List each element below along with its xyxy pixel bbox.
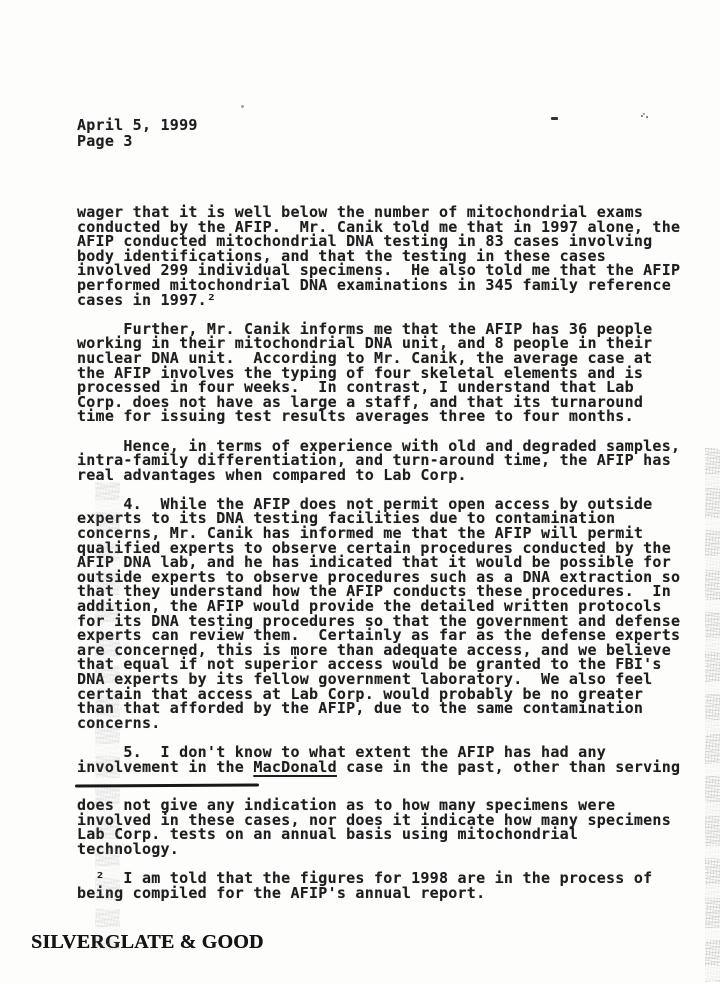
scan-speck-dots bbox=[641, 115, 643, 117]
scan-smudge-right-edge bbox=[705, 448, 720, 982]
footnote-1-continuation: does not give any indication as to how m… bbox=[77, 798, 671, 856]
body-text-after-case-name: case in the past, other than serving bbox=[337, 758, 680, 776]
footnote-separator-line bbox=[75, 783, 259, 787]
scanned-letter-page: April 5, 1999 Page 3 wager that it is we… bbox=[0, 0, 720, 984]
footnote-2: ² I am told that the figures for 1998 ar… bbox=[77, 871, 652, 900]
scan-speck-dash bbox=[551, 117, 558, 120]
body-text-before-case-name: wager that it is well below the number o… bbox=[77, 203, 680, 776]
scan-speck-dot bbox=[241, 105, 244, 108]
letter-header: April 5, 1999 Page 3 bbox=[77, 118, 198, 150]
page-number: Page 3 bbox=[77, 134, 198, 150]
letter-body: wager that it is well below the number o… bbox=[77, 205, 680, 774]
law-firm-name: SILVERGLATE & GOOD bbox=[31, 931, 264, 954]
case-name-underlined: MacDonald bbox=[253, 758, 337, 776]
